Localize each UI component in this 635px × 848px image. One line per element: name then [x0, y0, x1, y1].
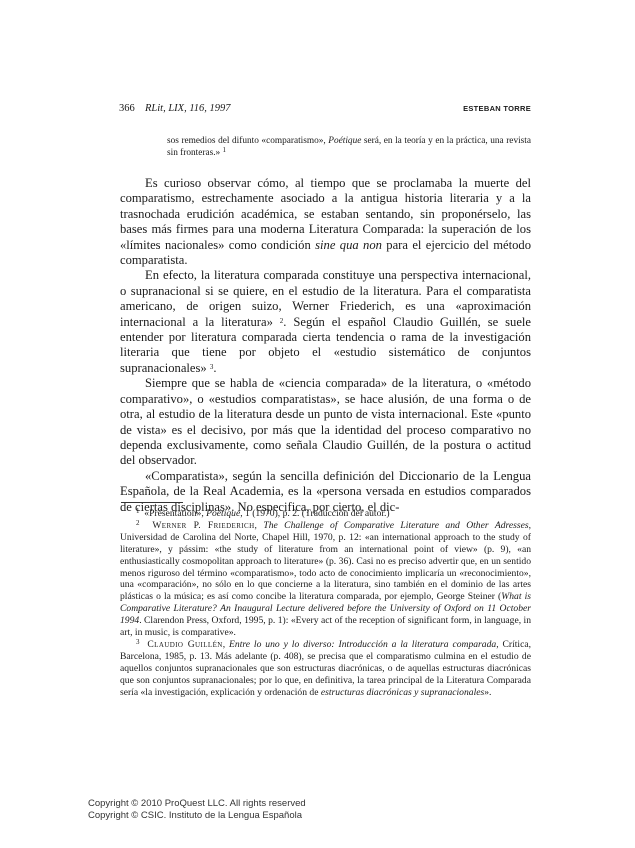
copyright-notice: Copyright © 2010 ProQuest LLC. All right…	[88, 798, 306, 822]
quote-italic: Poétique	[328, 136, 361, 146]
footnotes: 1 «Présentation», Poétique, 1 (1970), p.…	[120, 508, 531, 699]
running-header: 366 RLit, LIX, 116, 1997 ESTEBAN TORRE	[119, 103, 531, 117]
running-author: ESTEBAN TORRE	[463, 104, 531, 113]
text: . Clarendon Press, Oxford, 1995, p. 1): …	[120, 615, 531, 638]
paragraph: En efecto, la literatura comparada const…	[120, 268, 531, 376]
book-title: The Challenge of Comparative Literature …	[263, 520, 528, 531]
block-quote: sos remedios del difunto «comparatismo»,…	[167, 135, 531, 159]
italic-text: estructuras diacrónicas y supranacionale…	[321, 687, 484, 698]
page-number: 366	[119, 103, 135, 114]
quote-text: sos remedios del difunto «comparatismo»,	[167, 136, 328, 146]
author-name: Claudio Guillén	[147, 639, 222, 650]
footnote-divider	[121, 502, 183, 503]
text: , Universidad de Carolina del Norte, Cha…	[120, 520, 531, 602]
text: , 1 (1970), p. 2. (Traducción del autor.…	[240, 508, 389, 519]
footnote-number: 3	[136, 638, 140, 646]
footnote-1: 1 «Présentation», Poétique, 1 (1970), p.…	[120, 508, 531, 520]
text: ».	[484, 687, 491, 698]
text: .	[213, 361, 216, 375]
author-name: Werner P. Friederich	[152, 520, 254, 531]
footnote-ref[interactable]: 1	[223, 146, 227, 154]
footnote-3: 3 Claudio Guillén, Entre lo uno y lo div…	[120, 639, 531, 699]
body-text: Es curioso observar cómo, al tiempo que …	[120, 176, 531, 515]
italic-text: Poétique	[206, 508, 240, 519]
journal-reference: RLit, LIX, 116, 1997	[145, 103, 231, 114]
paragraph: Es curioso observar cómo, al tiempo que …	[120, 176, 531, 268]
italic-text: sine qua non	[315, 238, 382, 252]
paragraph: Siempre que se habla de «ciencia compara…	[120, 376, 531, 468]
copyright-line: Copyright © CSIC. Instituto de la Lengua…	[88, 810, 306, 822]
text: «Présentation»,	[144, 508, 206, 519]
copyright-line: Copyright © 2010 ProQuest LLC. All right…	[88, 798, 306, 810]
book-title: Entre lo uno y lo diverso: Introducción …	[229, 639, 496, 650]
footnote-2: 2 Werner P. Friederich, The Challenge of…	[120, 520, 531, 639]
footnote-number: 1	[136, 507, 140, 515]
footnote-number: 2	[136, 519, 140, 527]
